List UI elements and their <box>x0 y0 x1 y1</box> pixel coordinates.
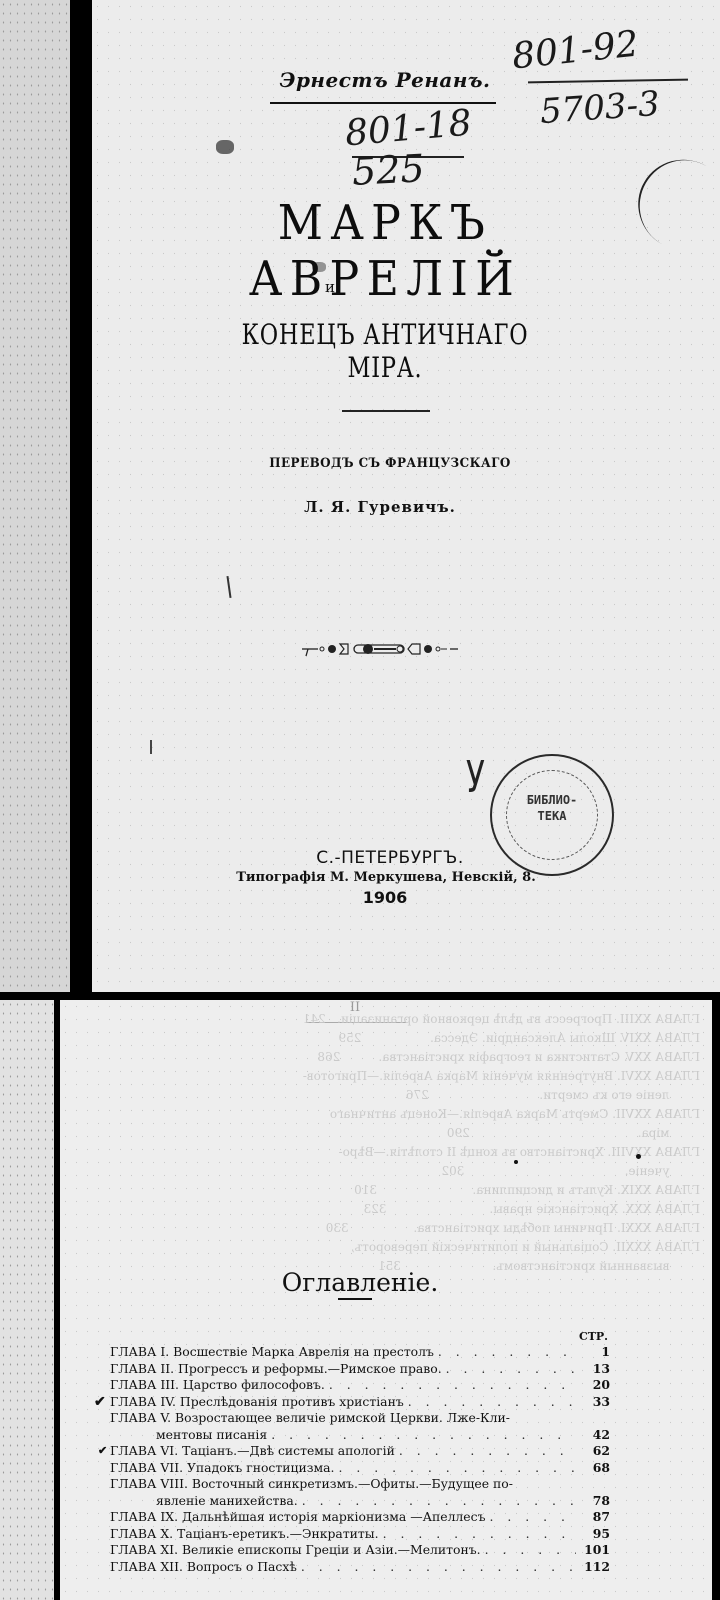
toc-entry: ГЛАВА VII. Упадокъ гностицизма. . . . . … <box>110 1460 610 1477</box>
toc-entry-title: ГЛАВА VII. Упадокъ гностицизма. <box>110 1460 334 1477</box>
toc-entry-page: 101 <box>576 1542 610 1559</box>
toc-entry-title: ГЛАВА I. Восшествіе Марка Аврелія на пре… <box>110 1344 434 1361</box>
toc-leader-dots: . . . . . . . . . . . . . . . . . . . . … <box>298 1493 576 1510</box>
toc-entry-title: ГЛАВА V. Возростающее величіе римской Це… <box>110 1410 510 1427</box>
toc-leader-dots: . . . . . . . . . . . . . . . . . . . . … <box>434 1344 576 1361</box>
toc-entry: ГЛАВА III. Царство философовъ. . . . . .… <box>110 1377 610 1394</box>
toc-entry-page: 95 <box>576 1526 610 1543</box>
translation-note: ПЕРЕВОДЪ СЪ ФРАНЦУЗСКАГО <box>252 456 528 471</box>
toc-entry: ГЛАВА VIII. Восточный синкретизмъ.—Офиты… <box>110 1476 610 1509</box>
adjacent-page-margin <box>0 1000 54 1600</box>
printer-imprint: Типографія М. Меркушева, Невскій, 8. <box>236 870 536 885</box>
ink-dot <box>514 1160 518 1164</box>
toc-entry-page: 68 <box>576 1460 610 1477</box>
ink-smudge <box>216 140 234 154</box>
toc-entry-page: 13 <box>576 1361 610 1378</box>
pencil-tick <box>150 740 152 754</box>
contents-heading: Оглавленіе. <box>240 1268 480 1297</box>
toc-entry-page: 42 <box>576 1427 610 1444</box>
toc-entry-page: 62 <box>576 1443 610 1460</box>
author-name: Эрнестъ Ренанъ. <box>270 68 500 92</box>
toc-leader-dots: . . . . . . . . . . . . . . . . . . . . … <box>325 1377 576 1394</box>
toc-leader-dots: . . . . . . . . . . . . . . . . . . . . … <box>485 1509 576 1526</box>
title-conjunction: и <box>300 278 360 296</box>
toc-entry: ГЛАВА V. Возростающее величіе римской Це… <box>110 1410 610 1443</box>
toc-entry-page: 112 <box>576 1559 610 1576</box>
toc-entry-page: 20 <box>576 1377 610 1394</box>
toc-entry: ГЛАВА XII. Вопросъ о Пасхѣ . . . . . . .… <box>110 1559 610 1576</box>
toc-entry: ГЛАВА II. Прогрессъ и реформы.—Римское п… <box>110 1361 610 1378</box>
library-stamp: БИБЛИО- ТЕКА <box>490 754 614 876</box>
toc-entry-title: ГЛАВА VI. Таціанъ.—Двѣ системы апологій <box>110 1443 395 1460</box>
toc-entry-title: ГЛАВА IV. Преслѣдованія противъ христіан… <box>110 1394 404 1411</box>
toc-leader-dots: . . . . . . . . . . . . . . . . . . . . … <box>297 1559 576 1576</box>
toc-leader-dots: . . . . . . . . . . . . . . . . . . . . … <box>404 1394 576 1411</box>
stamp-line-1: БИБЛИО- <box>492 792 612 808</box>
library-check-mark: У <box>466 752 485 803</box>
toc-entry: ✔ГЛАВА VI. Таціанъ.—Двѣ системы апологій… <box>110 1443 610 1460</box>
toc-entry-title: ГЛАВА XI. Великіе епископы Греціи и Азіи… <box>110 1542 481 1559</box>
check-mark-icon: ✔ <box>98 1443 107 1460</box>
toc-entry-title: ГЛАВА III. Царство философовъ. <box>110 1377 325 1394</box>
check-mark-icon: ✔ <box>94 1394 106 1411</box>
title-divider <box>342 410 430 412</box>
ink-dot <box>636 1154 641 1159</box>
book-subtitle: КОНЕЦЪ АНТИЧНАГО МІРА. <box>205 318 565 384</box>
toc-leader-dots: . . . . . . . . . . . . . . . . . . . . … <box>442 1361 576 1378</box>
translator-name: Л. Я. Гуревичъ. <box>240 498 520 516</box>
toc-entry-title: ГЛАВА VIII. Восточный синкретизмъ.—Офиты… <box>110 1476 513 1493</box>
toc-entry-page: 33 <box>576 1394 610 1411</box>
stamp-line-2: ТЕКА <box>492 808 612 824</box>
toc-leader-dots: . . . . . . . . . . . . . . . . . . . . … <box>481 1542 576 1559</box>
contents-list: ГЛАВА I. Восшествіе Марка Аврелія на пре… <box>110 1344 610 1575</box>
toc-entry: ГЛАВА XI. Великіе епископы Греціи и Азіи… <box>110 1542 610 1559</box>
toc-entry: ГЛАВА IX. Дальнѣйшая исторія маркіонизма… <box>110 1509 610 1526</box>
handwritten-shelfmark-right-bottom: 5703-3 <box>539 84 661 132</box>
toc-leader-dots: . . . . . . . . . . . . . . . . . . . . … <box>267 1427 576 1444</box>
toc-entry-title: ГЛАВА II. Прогрессъ и реформы.—Римское п… <box>110 1361 442 1378</box>
toc-leader-dots: . . . . . . . . . . . . . . . . . . . . … <box>395 1443 576 1460</box>
toc-entry-title: ГЛАВА X. Таціанъ-еретикъ.—Энкратиты. <box>110 1526 379 1543</box>
publication-city: С.-ПЕТЕРБУРГЪ. <box>290 848 490 868</box>
contents-heading-rule <box>338 1298 372 1300</box>
toc-entry-page: 1 <box>576 1344 610 1361</box>
toc-entry-page: 87 <box>576 1509 610 1526</box>
toc-entry-title: ГЛАВА IX. Дальнѣйшая исторія маркіонизма… <box>110 1509 485 1526</box>
toc-entry-continuation: явленіе манихейства. <box>156 1493 298 1510</box>
toc-entry-page: 78 <box>576 1493 610 1510</box>
toc-entry: ГЛАВА X. Таціанъ-еретикъ.—Энкратиты. . .… <box>110 1526 610 1543</box>
toc-entry: ✔ГЛАВА IV. Преслѣдованія противъ христіа… <box>110 1394 610 1411</box>
handwritten-shelfmark-center-bottom: 525 <box>351 146 426 194</box>
typographic-ornament-icon <box>300 642 460 656</box>
title-page-scan: Эрнестъ Ренанъ. 801-92 5703-3 801-18 525… <box>0 0 720 992</box>
toc-entry-continuation: ментовы писанія <box>156 1427 267 1444</box>
toc-leader-dots: . . . . . . . . . . . . . . . . . . . . … <box>379 1526 576 1543</box>
bleed-through-text: ГЛАВА XXIII. Прогрессъ въ дѣлѣ церковной… <box>100 1010 700 1276</box>
toc-entry: ГЛАВА I. Восшествіе Марка Аврелія на пре… <box>110 1344 610 1361</box>
adjacent-page-margin <box>0 0 70 992</box>
book-title: МАРКЪ АВРЕЛІЙ <box>141 195 629 307</box>
publication-year: 1906 <box>330 888 440 907</box>
toc-entry-title: ГЛАВА XII. Вопросъ о Пасхѣ <box>110 1559 297 1576</box>
toc-leader-dots: . . . . . . . . . . . . . . . . . . . . … <box>334 1460 576 1477</box>
page-column-label: СТР. <box>568 1330 608 1343</box>
